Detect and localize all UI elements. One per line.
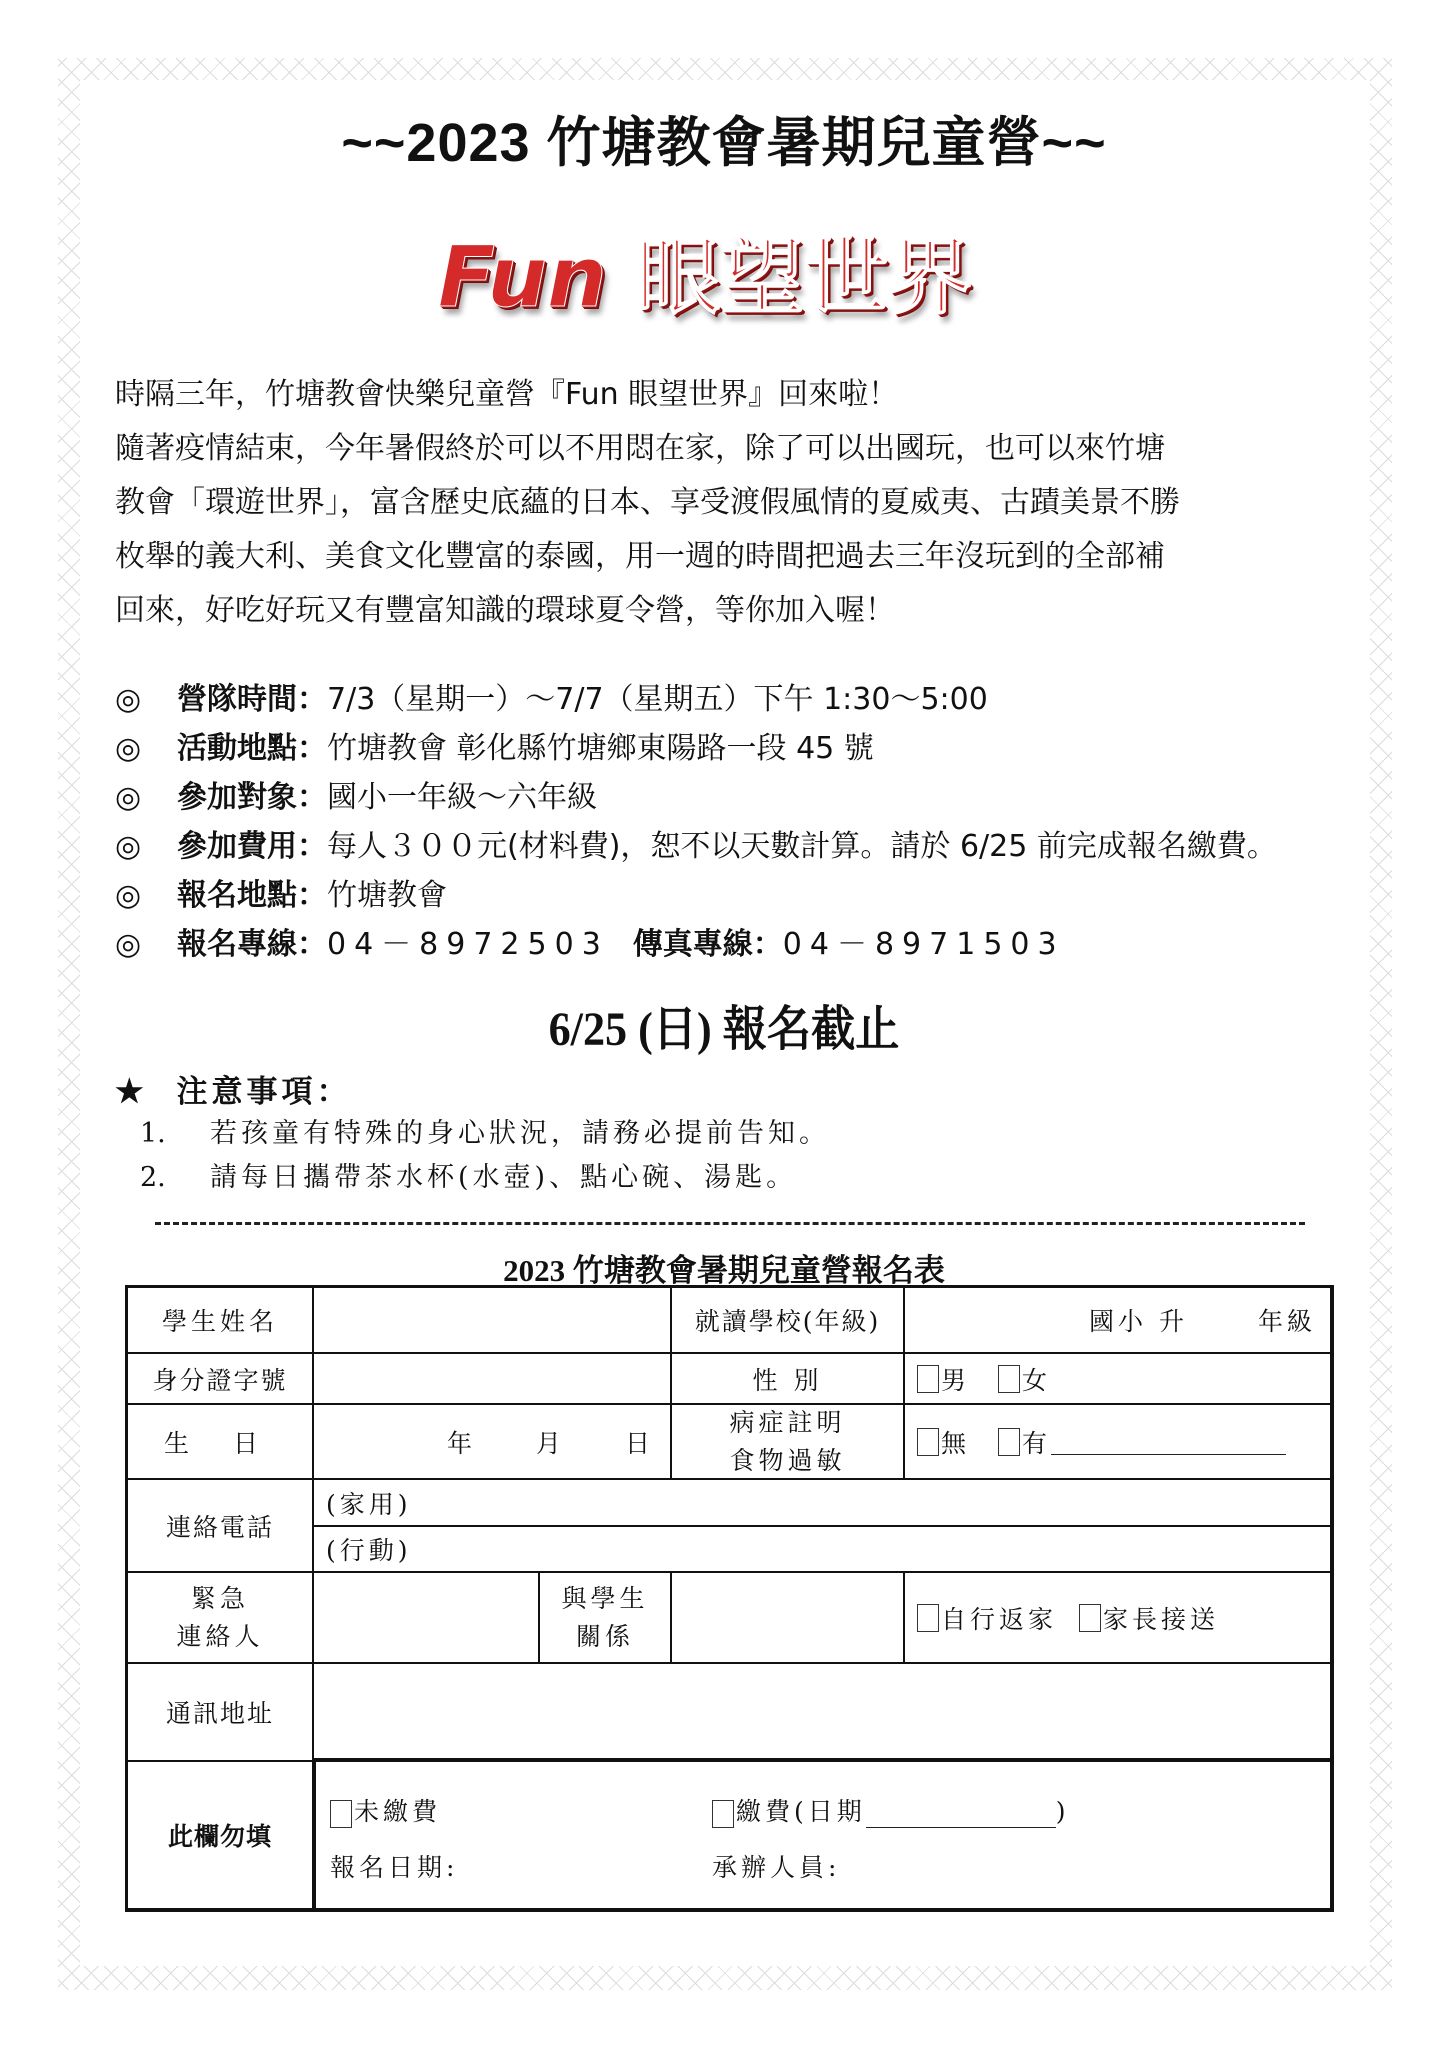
double-circle-bullet-icon: ◎ xyxy=(115,920,177,969)
medical-label-line1: 病症註明 xyxy=(729,1404,845,1442)
birthday-day-label: 日 xyxy=(625,1424,654,1460)
medical-yes-label: 有 xyxy=(1022,1424,1051,1460)
info-label: 參加費用： xyxy=(177,822,327,871)
info-label: 參加對象： xyxy=(177,773,327,822)
school-grade-field[interactable]: 國小 升 年級 xyxy=(903,1286,1332,1354)
gender-label: 性 別 xyxy=(670,1352,905,1405)
relation-label: 與學生 關係 xyxy=(538,1571,672,1664)
double-circle-bullet-icon: ◎ xyxy=(115,773,177,822)
fax-number: 04－8971503 xyxy=(783,920,1065,969)
paid-label: 繳費(日期 xyxy=(736,1797,866,1826)
address-label: 通訊地址 xyxy=(126,1662,314,1762)
intro-line: 教會「環遊世界」，富含歷史底蘊的日本、享受渡假風情的夏威夷、古蹟美景不勝 xyxy=(115,476,1345,530)
medical-detail-input[interactable] xyxy=(1051,1429,1286,1455)
id-number-field[interactable] xyxy=(312,1352,672,1405)
double-circle-bullet-icon: ◎ xyxy=(115,822,177,871)
relation-label-line1: 與學生 xyxy=(561,1580,648,1618)
theme-title-en: Fun xyxy=(438,228,607,326)
student-name-field[interactable] xyxy=(312,1286,672,1354)
phone-label: 連絡電話 xyxy=(126,1478,314,1573)
deadline-heading: 6/25 (日) 報名截止 xyxy=(58,990,1390,1059)
page-title: ~~2023 竹塘教會暑期兒童營~~ xyxy=(0,100,1448,177)
handler-label: 承辦人員: xyxy=(712,1848,840,1884)
medical-label: 病症註明 食物過敏 xyxy=(670,1403,905,1480)
paid-date-input[interactable] xyxy=(866,1802,1056,1828)
parent-pickup-label: 家長接送 xyxy=(1103,1600,1219,1636)
info-value: 竹塘教會 xyxy=(327,871,447,920)
note-text: 請每日攜帶茶水杯(水壺)、點心碗、湯匙。 xyxy=(210,1162,797,1193)
birthday-month-label: 月 xyxy=(536,1424,565,1460)
relation-field[interactable] xyxy=(670,1571,905,1664)
theme-title: Fun 眼望世界 xyxy=(0,210,1410,331)
signup-date-label: 報名日期: xyxy=(330,1848,712,1884)
phone-mobile-field[interactable]: (行動) xyxy=(312,1525,1332,1573)
intro-line: 時隔三年，竹塘教會快樂兒童營『Fun 眼望世界』回來啦！ xyxy=(115,368,1345,422)
go-home-self-checkbox[interactable] xyxy=(917,1604,939,1632)
office-use-label: 此欄勿填 xyxy=(126,1760,314,1910)
info-value: 7/3（星期一）～7/7（星期五）下午 1:30～5:00 xyxy=(327,675,988,724)
phone-home-label: (家用) xyxy=(326,1485,412,1521)
note-number: 2. xyxy=(140,1156,210,1200)
id-number-label: 身分證字號 xyxy=(126,1352,314,1405)
emergency-label-line1: 緊急 xyxy=(191,1580,249,1618)
info-label: 報名地點： xyxy=(177,871,327,920)
double-circle-bullet-icon: ◎ xyxy=(115,675,177,724)
event-info-list: ◎ 營隊時間： 7/3（星期一）～7/7（星期五）下午 1:30～5:00 ◎ … xyxy=(115,675,1355,969)
notes-heading: ★ 注意事項： xyxy=(115,1066,351,1111)
go-home-self-label: 自行返家 xyxy=(941,1600,1057,1636)
fax-label: 傳真專線： xyxy=(633,920,783,969)
pickup-method-field: 自行返家 家長接送 xyxy=(903,1571,1332,1664)
info-label: 營隊時間： xyxy=(177,675,327,724)
info-item-time: ◎ 營隊時間： 7/3（星期一）～7/7（星期五）下午 1:30～5:00 xyxy=(115,675,1355,724)
notes-list: 1.若孩童有特殊的身心狀況，請務必提前告知。 2.請每日攜帶茶水杯(水壺)、點心… xyxy=(140,1112,830,1200)
note-item: 1.若孩童有特殊的身心狀況，請務必提前告知。 xyxy=(140,1112,830,1156)
info-item-signup-place: ◎ 報名地點： 竹塘教會 xyxy=(115,871,1355,920)
notes-title: 注意事項： xyxy=(176,1074,351,1110)
unpaid-checkbox[interactable] xyxy=(330,1800,352,1828)
star-icon: ★ xyxy=(115,1072,148,1110)
note-item: 2.請每日攜帶茶水杯(水壺)、點心碗、湯匙。 xyxy=(140,1156,830,1200)
note-number: 1. xyxy=(140,1112,210,1156)
unpaid-label: 未繳費 xyxy=(354,1797,441,1826)
medical-none-checkbox[interactable] xyxy=(917,1428,939,1456)
birthday-label: 生 日 xyxy=(126,1403,314,1480)
gender-field: 男 女 xyxy=(903,1352,1332,1405)
parent-pickup-checkbox[interactable] xyxy=(1079,1604,1101,1632)
signup-phone: 04－8972503 xyxy=(327,920,609,969)
theme-title-zh: 眼望世界 xyxy=(636,228,972,326)
school-grade-prefix: 國小 升 xyxy=(1089,1302,1188,1338)
info-item-fee: ◎ 參加費用： 每人３００元(材料費)，恕不以天數計算。請於 6/25 前完成報… xyxy=(115,822,1355,871)
intro-line: 枚舉的義大利、美食文化豐富的泰國，用一週的時間把過去三年沒玩到的全部補 xyxy=(115,530,1345,584)
info-item-target: ◎ 參加對象： 國小一年級～六年級 xyxy=(115,773,1355,822)
office-use-area: 未繳費 繳費(日期) 報名日期: 承辦人員: xyxy=(312,1758,1334,1912)
medical-field: 無 有 xyxy=(903,1403,1332,1480)
info-label: 活動地點： xyxy=(177,724,327,773)
paid-close-paren: ) xyxy=(1056,1797,1070,1826)
relation-label-line2: 關係 xyxy=(576,1618,634,1656)
info-value: 國小一年級～六年級 xyxy=(327,773,597,822)
paid-checkbox[interactable] xyxy=(712,1800,734,1828)
intro-line: 隨著疫情結束，今年暑假終於可以不用悶在家，除了可以出國玩，也可以來竹塘 xyxy=(115,422,1345,476)
medical-none-label: 無 xyxy=(941,1424,970,1460)
gender-male-label: 男 xyxy=(941,1361,970,1397)
info-value: 每人３００元(材料費)，恕不以天數計算。請於 6/25 前完成報名繳費。 xyxy=(327,822,1277,871)
phone-mobile-label: (行動) xyxy=(326,1531,412,1567)
note-text: 若孩童有特殊的身心狀況，請務必提前告知。 xyxy=(210,1118,830,1149)
phone-home-field[interactable]: (家用) xyxy=(312,1478,1332,1527)
emergency-contact-label: 緊急 連絡人 xyxy=(126,1571,314,1664)
emergency-contact-field[interactable] xyxy=(312,1571,540,1664)
form-title: 2023 竹塘教會暑期兒童營報名表 xyxy=(0,1245,1448,1290)
double-circle-bullet-icon: ◎ xyxy=(115,871,177,920)
birthday-field[interactable]: 年 月 日 xyxy=(312,1403,672,1480)
address-field[interactable] xyxy=(312,1662,1332,1762)
intro-paragraph: 時隔三年，竹塘教會快樂兒童營『Fun 眼望世界』回來啦！ 隨著疫情結束，今年暑假… xyxy=(115,368,1345,638)
emergency-label-line2: 連絡人 xyxy=(176,1618,263,1656)
school-label: 就讀學校(年級) xyxy=(670,1286,905,1354)
student-name-label: 學生姓名 xyxy=(126,1286,314,1354)
info-label: 報名專線： xyxy=(177,920,327,969)
cut-line-divider xyxy=(155,1222,1305,1225)
info-item-location: ◎ 活動地點： 竹塘教會 彰化縣竹塘鄉東陽路一段 45 號 xyxy=(115,724,1355,773)
medical-yes-checkbox[interactable] xyxy=(998,1428,1020,1456)
gender-female-checkbox[interactable] xyxy=(998,1365,1020,1393)
medical-label-line2: 食物過敏 xyxy=(729,1442,845,1480)
double-circle-bullet-icon: ◎ xyxy=(115,724,177,773)
gender-female-label: 女 xyxy=(1022,1361,1051,1397)
birthday-year-label: 年 xyxy=(447,1424,476,1460)
school-grade-suffix: 年級 xyxy=(1258,1302,1316,1338)
info-value: 竹塘教會 彰化縣竹塘鄉東陽路一段 45 號 xyxy=(327,724,874,773)
gender-male-checkbox[interactable] xyxy=(917,1365,939,1393)
info-item-phone: ◎ 報名專線： 04－8972503 傳真專線： 04－8971503 xyxy=(115,920,1355,969)
intro-line: 回來，好吃好玩又有豐富知識的環球夏令營，等你加入喔！ xyxy=(115,584,1345,638)
